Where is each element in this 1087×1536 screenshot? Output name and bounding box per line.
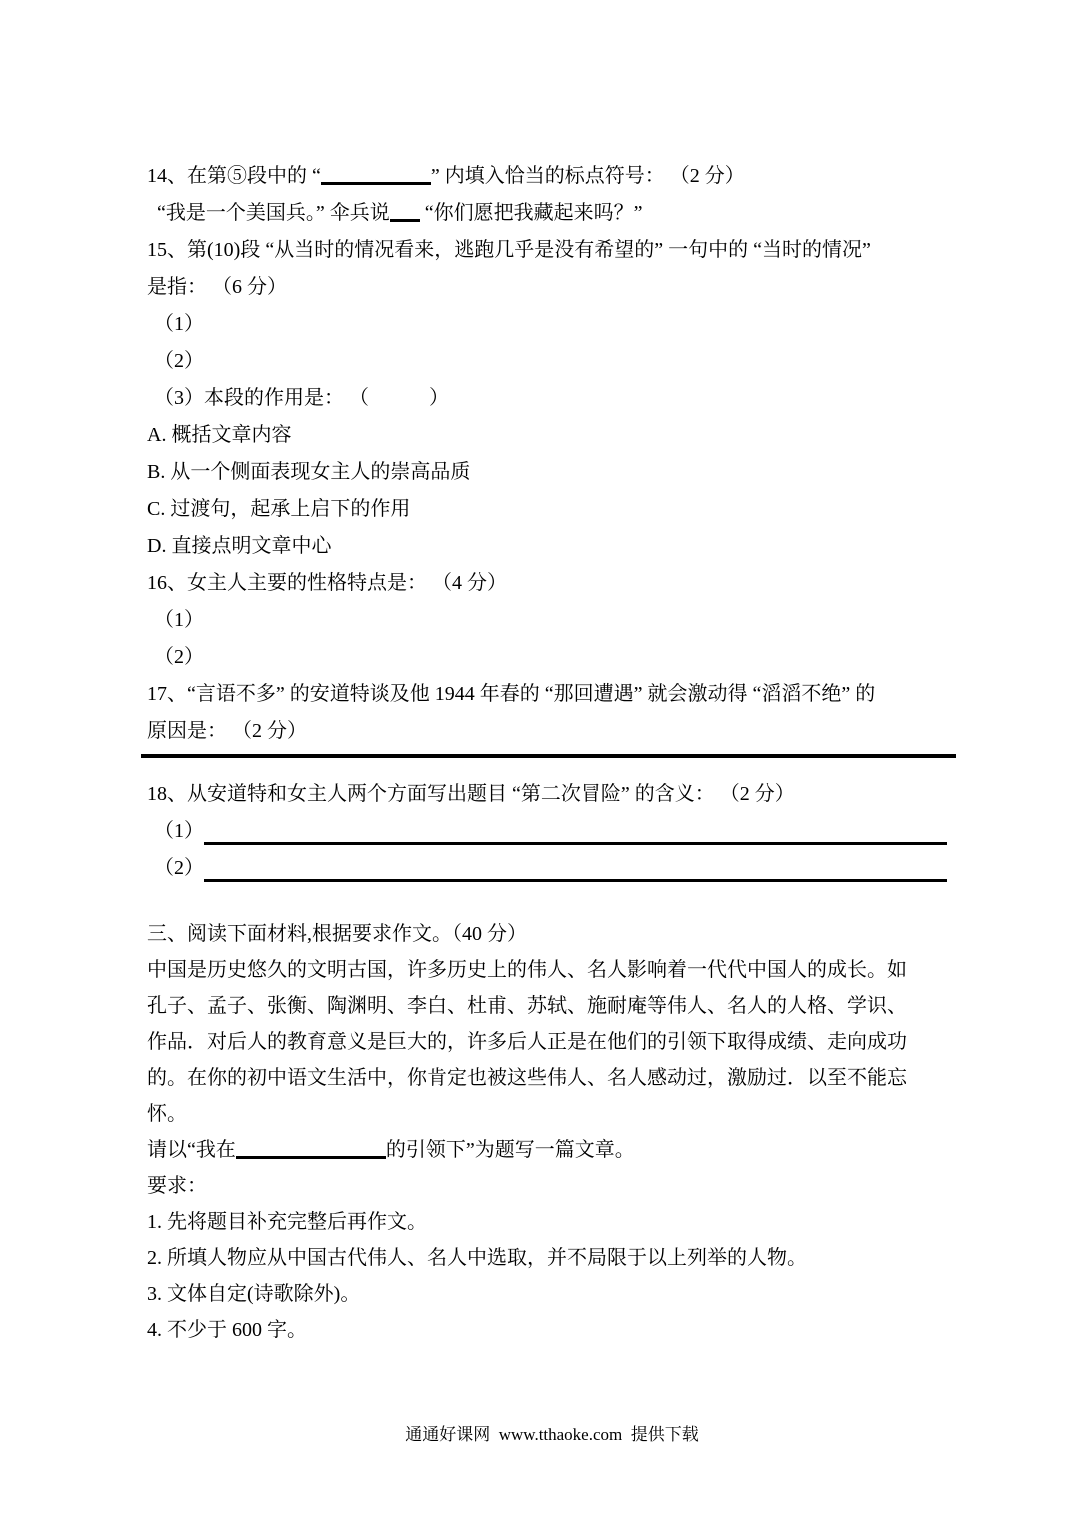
text-segment: 的。在你的初中语文生活中，你肯定也被这些伟人、名人感动过，激励过．以至不能忘 (147, 1067, 907, 1089)
text-segment: 15、第(10)段 “从当时的情况看来，逃跑几乎是没有希望的” 一句中的 “当时… (147, 239, 871, 261)
q18-answer-1: （1） (147, 813, 947, 850)
essay-material-2: 孔子、孟子、张衡、陶渊明、李白、杜甫、苏轼、施耐庵等伟人、名人的人格、学识、 (147, 988, 947, 1024)
q18-stem: 18、从安道特和女主人两个方面写出题目 “第二次冒险” 的含义： （2 分） (147, 776, 947, 813)
q18-answer-2: （2） (147, 850, 947, 887)
text-segment: 4. 不少于 600 字。 (147, 1319, 307, 1341)
text-segment: 三、阅读下面材料,根据要求作文。（40 分） (147, 923, 527, 945)
essay-material-1: 中国是历史悠久的文明古国，许多历史上的伟人、名人影响着一代代中国人的成长。如 (147, 952, 947, 988)
text-segment: 孔子、孟子、张衡、陶渊明、李白、杜甫、苏轼、施耐庵等伟人、名人的人格、学识、 (147, 995, 907, 1017)
text-segment: “你们愿把我藏起来吗？” (420, 202, 643, 224)
text-segment: （3）本段的作用是： （ ） (154, 387, 449, 409)
q16-item-2: （2） (147, 639, 947, 676)
text-segment: 1. 先将题目补充完整后再作文。 (147, 1211, 427, 1233)
text-segment: ” 内填入恰当的标点符号： （2 分） (431, 165, 745, 187)
text-segment: 中国是历史悠久的文明古国，许多历史上的伟人、名人影响着一代代中国人的成长。如 (147, 959, 907, 981)
text-segment: 17、“言语不多” 的安道特谈及他 1944 年春的 “那回遭遇” 就会激动得 … (147, 683, 875, 705)
exam-body: 14、在第⑤段中的 “” 内填入恰当的标点符号： （2 分）“我是一个美国兵。”… (147, 158, 947, 1348)
essay-material-5: 怀。 (147, 1096, 947, 1132)
text-segment: （2） (154, 850, 204, 887)
text-segment: 是指： （6 分） (147, 276, 287, 298)
q17-stem-cont: 原因是： （2 分） (147, 713, 947, 750)
essay-title-line: 请以“我在的引领下”为题写一篇文章。 (147, 1132, 947, 1168)
q15-item-1: （1） (147, 306, 947, 343)
text-segment: 怀。 (147, 1103, 187, 1125)
text-segment: 14、在第⑤段中的 “ (147, 165, 321, 187)
text-segment: 3. 文体自定(诗歌除外)。 (147, 1283, 360, 1305)
footer-text: 通通好课网 www.tthaoke.com 提供下载 (405, 1425, 699, 1444)
page-footer: 通通好课网 www.tthaoke.com 提供下载 (0, 1400, 1087, 1465)
q14-stem: 14、在第⑤段中的 “” 内填入恰当的标点符号： （2 分） (147, 158, 947, 195)
text-segment: D. 直接点明文章中心 (147, 535, 331, 557)
text-segment: 16、女主人主要的性格特点是： （4 分） (147, 572, 507, 594)
text-segment: 要求： (147, 1175, 207, 1197)
essay-req-3: 3. 文体自定(诗歌除外)。 (147, 1276, 947, 1312)
text-segment: B. 从一个侧面表现女主人的崇高品质 (147, 461, 470, 483)
q15-stem: 15、第(10)段 “从当时的情况看来，逃跑几乎是没有希望的” 一句中的 “当时… (147, 232, 947, 269)
q15-item-3: （3）本段的作用是： （ ） (147, 380, 947, 417)
essay-title-blank (236, 1136, 386, 1159)
text-segment: 作品．对后人的教育意义是巨大的，许多后人正是在他们的引领下取得成绩、走向成功 (147, 1031, 907, 1053)
q18-answer-line-1 (204, 813, 947, 845)
q16-stem: 16、女主人主要的性格特点是： （4 分） (147, 565, 947, 602)
q14-speech-blank (390, 199, 420, 222)
exam-page: 14、在第⑤段中的 “” 内填入恰当的标点符号： （2 分）“我是一个美国兵。”… (0, 0, 1087, 1536)
q17-stem: 17、“言语不多” 的安道特谈及他 1944 年春的 “那回遭遇” 就会激动得 … (147, 676, 947, 713)
q15-item-2: （2） (147, 343, 947, 380)
text-segment: 请以“我在 (147, 1139, 236, 1161)
q14-punctuation-blank (321, 162, 431, 185)
text-segment: 2. 所填人物应从中国古代伟人、名人中选取，并不局限于以上列举的人物。 (147, 1247, 807, 1269)
q15-choice-b: B. 从一个侧面表现女主人的崇高品质 (147, 454, 947, 491)
text-segment: 的引领下”为题写一篇文章。 (386, 1139, 635, 1161)
essay-section-heading: 三、阅读下面材料,根据要求作文。（40 分） (147, 916, 947, 952)
q14-quote-line: “我是一个美国兵。” 伞兵说 “你们愿把我藏起来吗？” (147, 195, 947, 232)
text-segment: （1） (154, 813, 204, 850)
text-segment: A. 概括文章内容 (147, 424, 291, 446)
essay-req-4: 4. 不少于 600 字。 (147, 1312, 947, 1348)
essay-material-4: 的。在你的初中语文生活中，你肯定也被这些伟人、名人感动过，激励过．以至不能忘 (147, 1060, 947, 1096)
text-segment: （2） (154, 350, 204, 372)
essay-req-1: 1. 先将题目补充完整后再作文。 (147, 1204, 947, 1240)
essay-requirements-label: 要求： (147, 1168, 947, 1204)
text-segment: （1） (154, 313, 204, 335)
divider-rule (141, 754, 956, 758)
essay-material-3: 作品．对后人的教育意义是巨大的，许多后人正是在他们的引领下取得成绩、走向成功 (147, 1024, 947, 1060)
text-segment: （2） (154, 646, 204, 668)
text-segment: （1） (154, 609, 204, 631)
text-segment: 原因是： （2 分） (147, 720, 307, 742)
text-segment: “我是一个美国兵。” 伞兵说 (157, 202, 390, 224)
q15-choice-c: C. 过渡句，起承上启下的作用 (147, 491, 947, 528)
text-segment: C. 过渡句，起承上启下的作用 (147, 498, 410, 520)
q15-choice-a: A. 概括文章内容 (147, 417, 947, 454)
q16-item-1: （1） (147, 602, 947, 639)
q15-stem-cont: 是指： （6 分） (147, 269, 947, 306)
essay-req-2: 2. 所填人物应从中国古代伟人、名人中选取，并不局限于以上列举的人物。 (147, 1240, 947, 1276)
q18-answer-line-2 (204, 850, 947, 882)
q15-choice-d: D. 直接点明文章中心 (147, 528, 947, 565)
text-segment: 18、从安道特和女主人两个方面写出题目 “第二次冒险” 的含义： （2 分） (147, 783, 795, 805)
